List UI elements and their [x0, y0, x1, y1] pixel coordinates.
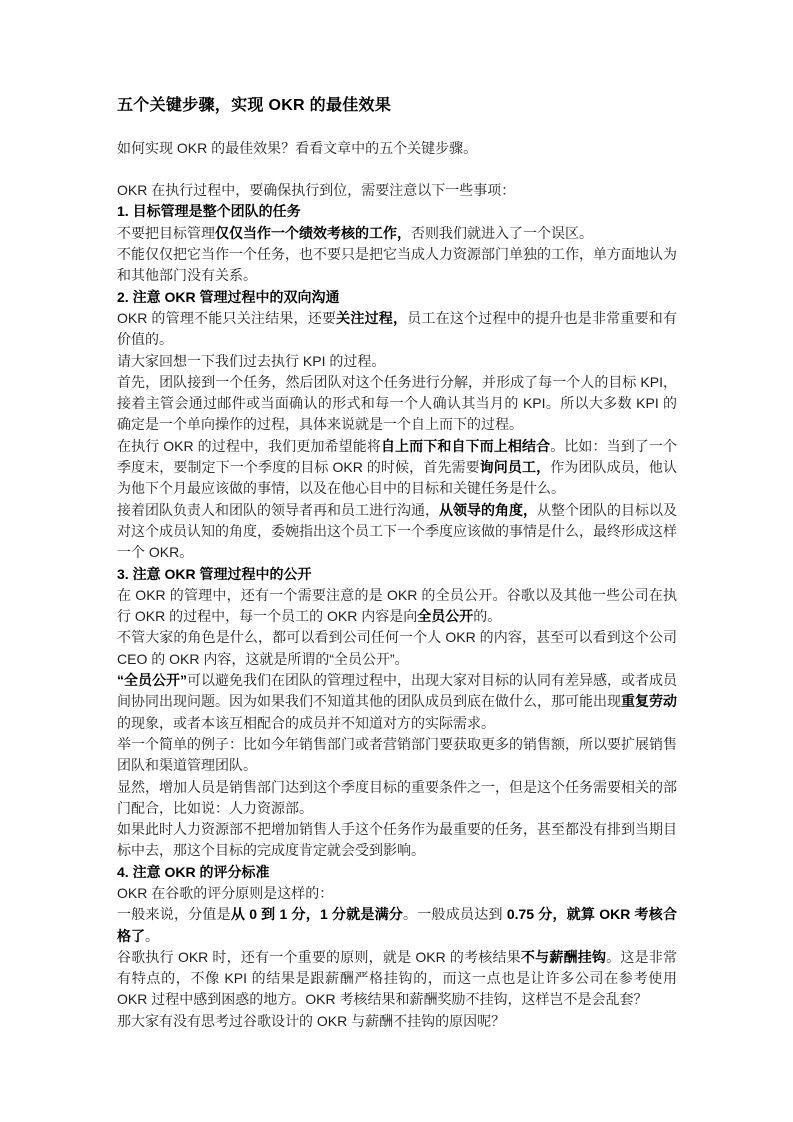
paragraph: 举一个简单的例子：比如今年销售部门或者营销部门要获取更多的销售额，所以要扩展销售…: [117, 734, 677, 777]
emphasis-text: 从领导的角度，: [439, 502, 537, 518]
body-text: 在 OKR 的管理中，还有一个需要注意的是 OKR 的全员公开。谷歌以及其他一些…: [117, 587, 677, 624]
body-text: 不管大家的角色是什么，都可以看到公司任何一个人 OKR 的内容，甚至可以看到这个…: [117, 629, 677, 666]
body-text: 如果此时人力资源部不把增加销售人手这个任务作为最重要的任务，甚至都没有排到当期目…: [117, 821, 677, 858]
body-text: 。一般成员达到: [403, 906, 507, 922]
paragraph: OKR 在谷歌的评分原则是这样的：: [117, 883, 677, 904]
body-text: 在执行 OKR 的过程中，我们更加希望能将: [117, 438, 381, 454]
emphasis-text: 不与薪酬挂钩: [521, 949, 606, 965]
body-text: 显然，增加人员是销售部门达到这个季度目标的重要条件之一，但是这个任务需要相关的部…: [117, 779, 677, 816]
body-text: 。: [145, 928, 159, 944]
body-text: 接着团队负责人和团队的领导者再和员工进行沟通，: [117, 502, 439, 518]
paragraph: 显然，增加人员是销售部门达到这个季度目标的重要条件之一，但是这个任务需要相关的部…: [117, 777, 677, 820]
paragraph: OKR 在执行过程中，要确保执行到位，需要注意以下一些事项：: [117, 180, 677, 201]
body-text: OKR 的管理不能只关注结果，还要: [117, 310, 336, 326]
body-text: 4. 注意 OKR 的评分标准: [117, 864, 269, 880]
section-heading: 2. 注意 OKR 管理过程中的双向沟通: [117, 287, 677, 308]
paragraph: 那大家有没有思考过谷歌设计的 OKR 与薪酬不挂钩的原因呢？: [117, 1011, 677, 1032]
body-text: OKR 在执行过程中，要确保执行到位，需要注意以下一些事项：: [117, 182, 515, 198]
emphasis-text: 关注过程，: [336, 310, 407, 326]
body-text: 可以避免我们在团队的管理过程中，出现大家对目标的认同有差异感，或者成员间协同出现…: [117, 672, 677, 709]
body-text: 举一个简单的例子：比如今年销售部门或者营销部门要获取更多的销售额，所以要扩展销售…: [117, 736, 677, 773]
body-text: 不要把目标管理: [117, 225, 215, 241]
paragraph: “全员公开”可以避免我们在团队的管理过程中，出现大家对目标的认同有差异感，或者成…: [117, 670, 677, 734]
body-text: 谷歌执行 OKR 时，还有一个重要的原则，就是 OKR 的考核结果: [117, 949, 521, 965]
body-text: 1. 目标管理是整个团队的任务: [117, 203, 301, 219]
document-page: 五个关键步骤，实现 OKR 的最佳效果 如何实现 OKR 的最佳效果？看看文章中…: [0, 0, 793, 1122]
paragraph: 如何实现 OKR 的最佳效果？看看文章中的五个关键步骤。: [117, 138, 677, 159]
emphasis-text: 询问员工，: [480, 459, 551, 475]
emphasis-text: 自上而下和自下而上相结合: [381, 438, 550, 454]
document-content: 五个关键步骤，实现 OKR 的最佳效果 如何实现 OKR 的最佳效果？看看文章中…: [117, 95, 677, 1032]
body-text: 首先，团队接到一个任务，然后团队对这个任务进行分解，并形成了每一个人的目标 KP…: [117, 374, 677, 433]
paragraph: 一般来说，分值是从 0 到 1 分，1 分就是满分。一般成员达到 0.75 分，…: [117, 904, 677, 947]
section-heading: 3. 注意 OKR 管理过程中的公开: [117, 564, 677, 585]
paragraph: 请大家回想一下我们过去执行 KPI 的过程。: [117, 351, 677, 372]
body-text: 2. 注意 OKR 管理过程中的双向沟通: [117, 289, 339, 305]
document-body: 如何实现 OKR 的最佳效果？看看文章中的五个关键步骤。OKR 在执行过程中，要…: [117, 138, 677, 1032]
body-text: 一般来说，分值是: [117, 906, 231, 922]
document-title: 五个关键步骤，实现 OKR 的最佳效果: [117, 95, 677, 116]
paragraph: OKR 的管理不能只关注结果，还要关注过程，员工在这个过程中的提升也是非常重要和…: [117, 308, 677, 351]
paragraph: 在 OKR 的管理中，还有一个需要注意的是 OKR 的全员公开。谷歌以及其他一些…: [117, 585, 677, 628]
body-text: 不能仅仅把它当作一个任务，也不要只是把它当成人力资源部门单独的工作，单方面地认为…: [117, 246, 677, 283]
paragraph: 如果此时人力资源部不把增加销售人手这个任务作为最重要的任务，甚至都没有排到当期目…: [117, 819, 677, 862]
paragraph: 在执行 OKR 的过程中，我们更加希望能将自上而下和自下而上相结合。比如：当到了…: [117, 436, 677, 500]
body-text: 的。: [473, 608, 501, 624]
paragraph: 不管大家的角色是什么，都可以看到公司任何一个人 OKR 的内容，甚至可以看到这个…: [117, 627, 677, 670]
paragraph: 谷歌执行 OKR 时，还有一个重要的原则，就是 OKR 的考核结果不与薪酬挂钩。…: [117, 947, 677, 1011]
emphasis-text: 仅仅当作一个绩效考核的工作，: [215, 225, 411, 241]
section-heading: 1. 目标管理是整个团队的任务: [117, 201, 677, 222]
paragraph: 接着团队负责人和团队的领导者再和员工进行沟通，从领导的角度，从整个团队的目标以及…: [117, 500, 677, 564]
body-text: 如何实现 OKR 的最佳效果？看看文章中的五个关键步骤。: [117, 140, 477, 156]
body-text: 请大家回想一下我们过去执行 KPI 的过程。: [117, 353, 385, 369]
body-text: 的现象，或者本该互相配合的成员并不知道对方的实际需求。: [117, 715, 495, 731]
emphasis-text: 全员公开: [417, 608, 473, 624]
body-text: 3. 注意 OKR 管理过程中的公开: [117, 566, 311, 582]
paragraph: 首先，团队接到一个任务，然后团队对这个任务进行分解，并形成了每一个人的目标 KP…: [117, 372, 677, 436]
section-heading: 4. 注意 OKR 的评分标准: [117, 862, 677, 883]
paragraph: 不要把目标管理仅仅当作一个绩效考核的工作，否则我们就进入了一个误区。: [117, 223, 677, 244]
emphasis-text: 从 0 到 1 分，1 分就是满分: [231, 906, 403, 922]
body-text: 那大家有没有思考过谷歌设计的 OKR 与薪酬不挂钩的原因呢？: [117, 1013, 505, 1029]
body-text: 否则我们就进入了一个误区。: [411, 225, 593, 241]
emphasis-text: 重复劳动: [621, 693, 677, 709]
body-text: OKR 在谷歌的评分原则是这样的：: [117, 885, 333, 901]
paragraph: 不能仅仅把它当作一个任务，也不要只是把它当成人力资源部门单独的工作，单方面地认为…: [117, 244, 677, 287]
emphasis-text: “全员公开”: [117, 672, 187, 688]
